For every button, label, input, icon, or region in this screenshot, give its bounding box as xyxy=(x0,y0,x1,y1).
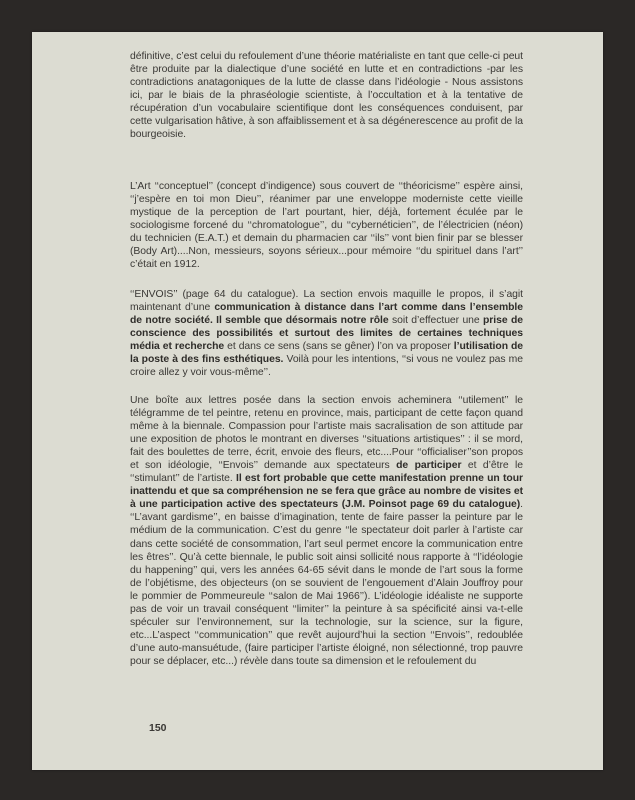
paragraph-envois: ‘‘ENVOIS’’ (page 64 du catalogue). La se… xyxy=(130,288,523,379)
paragraph-text: L’Art ‘‘conceptuel’’ (concept d’indigenc… xyxy=(130,180,523,271)
text-segment: L’Art ‘‘conceptuel’’ (concept d’indigenc… xyxy=(130,181,523,270)
paragraph-text: définitive, c’est celui du refoulement d… xyxy=(130,50,523,141)
text-segment: définitive, c’est celui du refoulement d… xyxy=(130,51,523,140)
paragraph-boite-aux-lettres: Une boîte aux lettres posée dans la sect… xyxy=(130,394,523,668)
text-segment: et dans ce sens (sans se gêner) l’on va … xyxy=(224,341,454,352)
page-number: 150 xyxy=(149,722,167,734)
document-page: définitive, c’est celui du refoulement d… xyxy=(32,32,603,770)
paragraph-text: ‘‘ENVOIS’’ (page 64 du catalogue). La se… xyxy=(130,288,523,379)
paragraph-art-conceptuel: L’Art ‘‘conceptuel’’ (concept d’indigenc… xyxy=(130,180,523,271)
text-segment: soit d’effectuer une xyxy=(389,315,483,326)
bold-text-segment: de participer xyxy=(396,460,461,471)
paragraph-refoulement: définitive, c’est celui du refoulement d… xyxy=(130,50,523,141)
text-segment: . ‘‘L’avant gardisme’’, en baisse d’imag… xyxy=(130,499,523,667)
paragraph-text: Une boîte aux lettres posée dans la sect… xyxy=(130,394,523,668)
